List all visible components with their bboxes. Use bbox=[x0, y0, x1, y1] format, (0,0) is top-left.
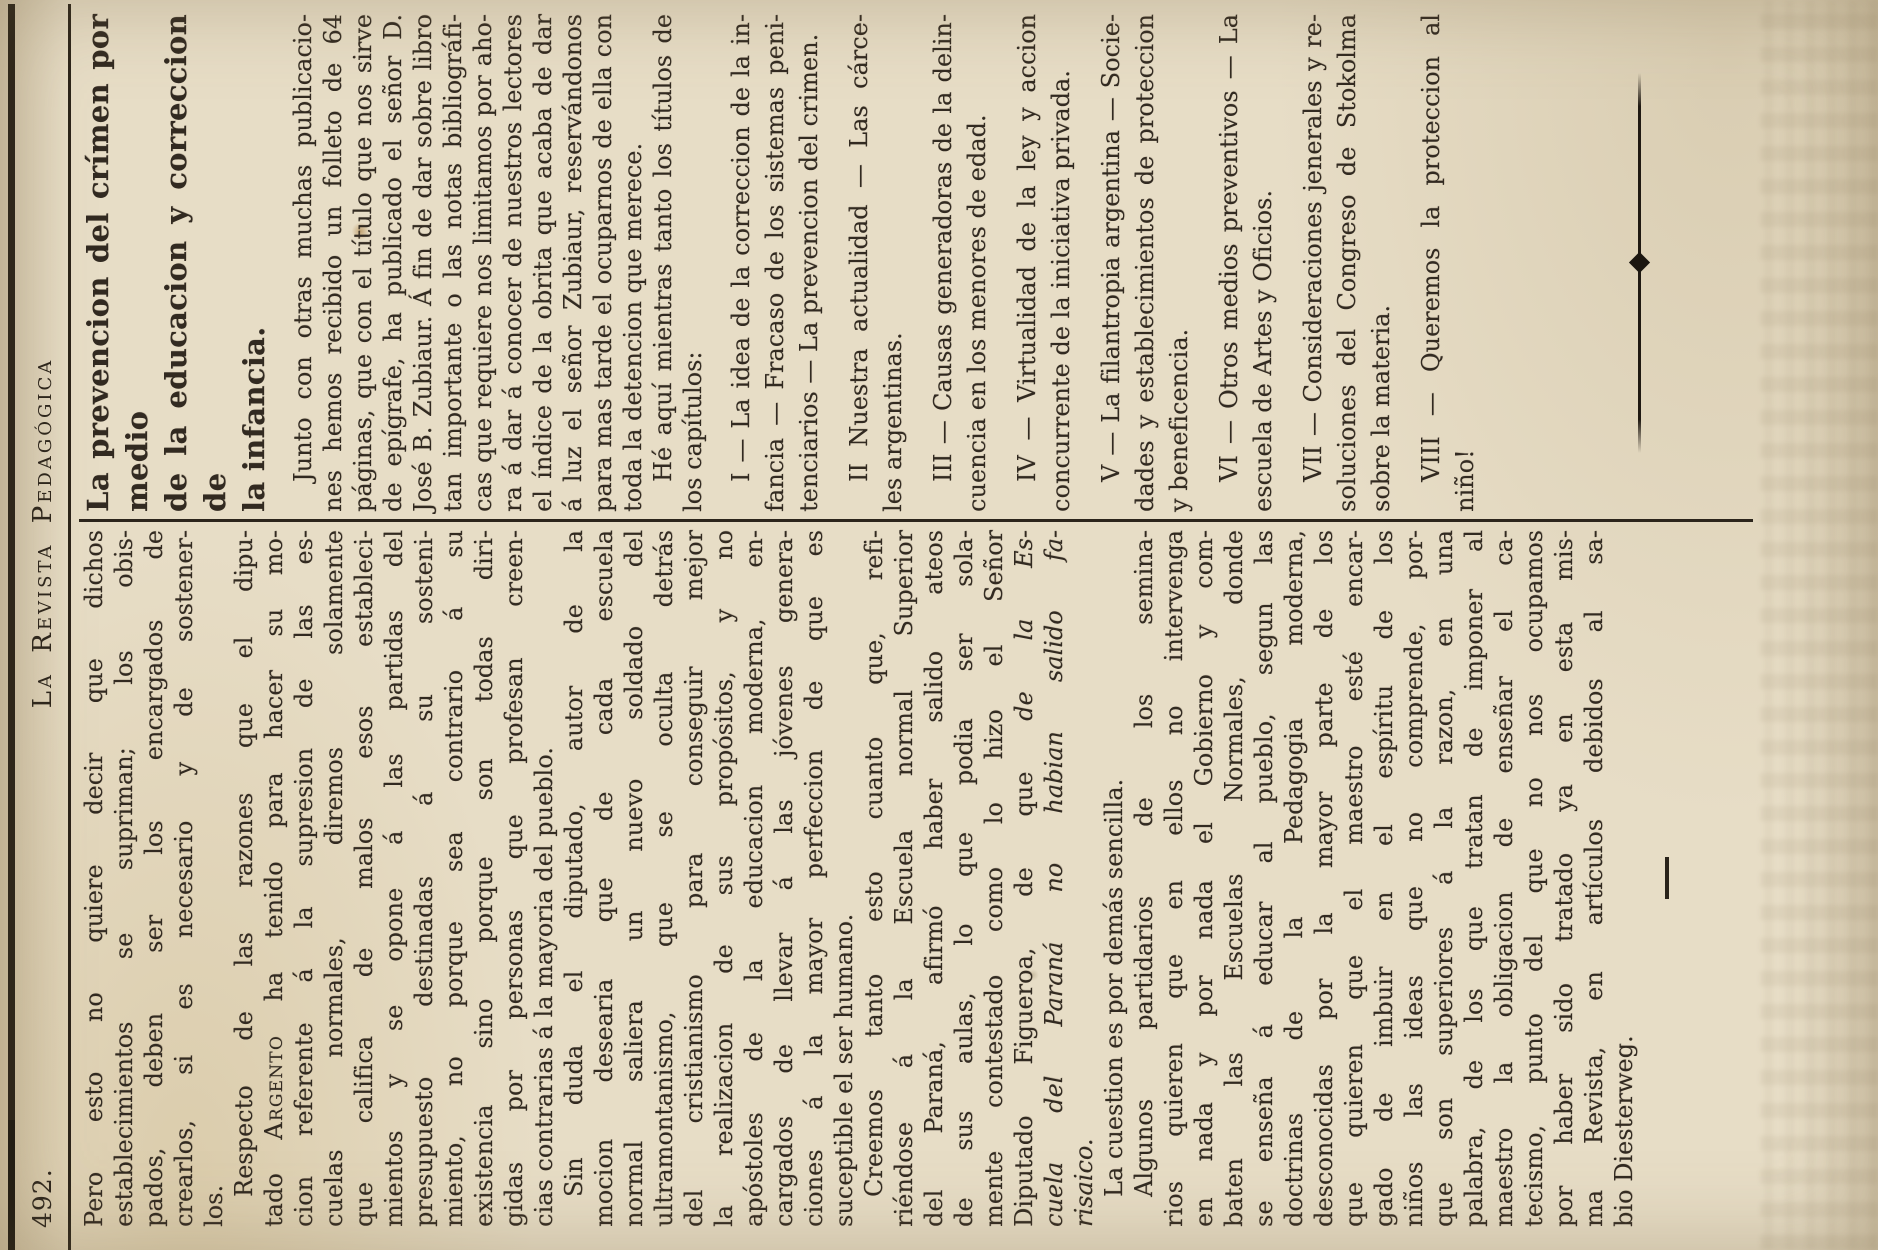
text-line: páginas, que con el título que nos sirve bbox=[348, 14, 378, 512]
text-line: dades y establecimientos de proteccion bbox=[1128, 14, 1162, 512]
chapter-item: VII — Consideraciones jenerales y re-sol… bbox=[1296, 14, 1398, 512]
chapter-item: VIII — Queremos la proteccion alniño! bbox=[1414, 14, 1482, 512]
text-line: la infancia. bbox=[235, 14, 274, 512]
text-line: en nada y por nada el Gobierno y com- bbox=[1189, 530, 1219, 1227]
chapter-item: I — La idea de la correccion de la in-fa… bbox=[724, 14, 826, 512]
text-line: cargados de llevar á las jóvenes genera- bbox=[769, 530, 799, 1227]
article-title: La prevencion del crímen por mediode la … bbox=[79, 14, 274, 512]
text-line: tan importante o las notas bibliográfi- bbox=[438, 14, 468, 512]
text-line: doctrinas de la Pedagogia moderna, bbox=[1279, 530, 1309, 1227]
text-line: presupuesto destinadas á su sosteni- bbox=[409, 530, 439, 1227]
chapter-item: V — La filantropia argentina — Socie-dad… bbox=[1094, 14, 1196, 512]
text-line: establecimientos se supriman; los obis- bbox=[109, 530, 139, 1227]
rule-line-left bbox=[1638, 268, 1641, 454]
italic-text: risaico. bbox=[1070, 1138, 1098, 1227]
text-line: cuela del Paraná no habian salido fa- bbox=[1039, 530, 1069, 1227]
text-line: VI — Otros medios preventivos — La bbox=[1212, 14, 1246, 512]
text-line: sobre la materia. bbox=[1364, 14, 1398, 512]
chapter-list: I — La idea de la correccion de la in-fa… bbox=[724, 14, 1482, 512]
text-line: se enseña á educar al pueblo, segun las bbox=[1249, 530, 1279, 1227]
text-line: concurrente de la iniciativa privada. bbox=[1044, 14, 1078, 512]
text-line: de la educacion y correccion de bbox=[157, 14, 235, 512]
text-line: que son superiores á la razon, en una bbox=[1429, 530, 1459, 1227]
text-line: cion referente á la supresion de las es- bbox=[289, 530, 319, 1227]
text-line: tenciarios — La prevencion del crimen. bbox=[792, 14, 826, 512]
scanned-page: 492. La Revista Pedagógica Pero esto no … bbox=[0, 0, 1878, 1250]
text-line: Sin duda el diputado, autor de la bbox=[559, 530, 589, 1227]
masthead: 492. La Revista Pedagógica bbox=[15, 0, 68, 1250]
text-line: normal saliera un nuevo soldado del bbox=[619, 530, 649, 1227]
text-line: II Nuestra actualidad — Las cárce- bbox=[842, 14, 876, 512]
text-line: bio Diesterweg. bbox=[1609, 530, 1639, 1227]
column-divider-rule bbox=[79, 519, 1753, 522]
text-line: cuencia en los menores de edad. bbox=[960, 14, 994, 512]
article-intro: Junto con otras muchas publicacio-nes he… bbox=[288, 14, 708, 512]
article-end-diamond-rule-ornament bbox=[1632, 73, 1647, 453]
text-line: La prevencion del crímen por medio bbox=[79, 14, 157, 512]
text-line: que califica de malos esos estableci- bbox=[349, 530, 379, 1227]
text-columns: Pero esto no quiere decir que dichosesta… bbox=[79, 0, 1789, 1250]
right-column: La prevencion del crímen por mediode la … bbox=[79, 14, 1789, 512]
text-line: Creemos tanto esto cuanto que, refi- bbox=[859, 530, 889, 1227]
diamond-icon bbox=[1629, 252, 1650, 273]
text-line: el índice de la obrita que acaba de dar bbox=[528, 14, 558, 512]
text-line: Hé aquí mientras tanto los títulos de bbox=[648, 14, 678, 512]
journal-title: La Revista Pedagógica bbox=[28, 0, 58, 1158]
text-line: los capítulos: bbox=[678, 14, 708, 512]
text-line: cias contrarias á la mayoria del pueblo. bbox=[529, 530, 559, 1227]
text-line: niño! bbox=[1448, 14, 1482, 512]
text-line: soluciones del Congreso de Stokolma bbox=[1330, 14, 1364, 512]
chapter-item: IV — Virtualidad de la ley y accionconcu… bbox=[1010, 14, 1078, 512]
text-line: escuela de Artes y Oficios. bbox=[1246, 14, 1280, 512]
text-line: desconocidas por la mayor parte de los bbox=[1309, 530, 1339, 1227]
text-line: crearlos, si es necesario y de sostener- bbox=[169, 530, 199, 1227]
rule-line-right bbox=[1638, 73, 1641, 259]
text-line: mente contestado como lo hizo el Señor bbox=[979, 530, 1009, 1227]
page-number: 492. bbox=[28, 1168, 57, 1228]
text-line: risaico. bbox=[1069, 530, 1099, 1227]
text-line: palabra, de los que tratan de imponer al bbox=[1459, 530, 1489, 1227]
text-line: tecismo, punto del que no nos ocupamos bbox=[1519, 530, 1549, 1227]
text-line: suceptible el ser humano. bbox=[829, 530, 859, 1227]
text-line: VII — Consideraciones jenerales y re- bbox=[1296, 14, 1330, 512]
italic-text: de la Es- bbox=[1010, 530, 1038, 721]
text-line: mocion desearia que de cada escuela bbox=[589, 530, 619, 1227]
small-caps-text: Argento bbox=[260, 1035, 288, 1140]
text-line: y beneficencia. bbox=[1162, 14, 1196, 512]
ink-bleed-through bbox=[1760, 0, 1878, 1250]
italic-text: cuela del Paraná no habian salido fa- bbox=[1040, 530, 1068, 1227]
text-line: ma Revista, en artículos debidos al sa- bbox=[1579, 530, 1609, 1227]
text-line: que quieren que el maestro esté encar- bbox=[1339, 530, 1369, 1227]
text-line: mientos y se opone á las partidas del bbox=[379, 530, 409, 1227]
text-line: I — La idea de la correccion de la in- bbox=[724, 14, 758, 512]
text-line: baten las Escuelas Normales, donde bbox=[1219, 530, 1249, 1227]
text-line: Diputado Figueroa, de que de la Es- bbox=[1009, 530, 1039, 1227]
text-line: IV — Virtualidad de la ley y accion bbox=[1010, 14, 1044, 512]
text-line: de sus aulas, lo que podia ser sola- bbox=[949, 530, 979, 1227]
text-line: cuelas normales, diremos solamente bbox=[319, 530, 349, 1227]
chapter-item: III — Causas generadoras de la delin-cue… bbox=[926, 14, 994, 512]
text-line: del cristianismo para conseguir mejor bbox=[679, 530, 709, 1227]
left-column: Pero esto no quiere decir que dichosesta… bbox=[79, 530, 1789, 1227]
text-line: para mas tarde el ocuparnos de ella con bbox=[588, 14, 618, 512]
text-line: José B. Zubiaur. Á fin de dar sobre libr… bbox=[408, 14, 438, 512]
text-line: les argentinas. bbox=[876, 14, 910, 512]
text-line: toda la detencion que merece. bbox=[618, 14, 648, 512]
scan-canvas: 492. La Revista Pedagógica Pero esto no … bbox=[0, 0, 1878, 1250]
text-line: gidas por personas que profesan creen- bbox=[499, 530, 529, 1227]
text-line: ra á dar á conocer de nuestros lectores bbox=[498, 14, 528, 512]
text-line: á luz el señor Zubiaur, reservándonos bbox=[558, 14, 588, 512]
text-line: Junto con otras muchas publicacio- bbox=[288, 14, 318, 512]
text-line: miento, no porque sea contrario á su bbox=[439, 530, 469, 1227]
text-line: existencia sino porque son todas diri- bbox=[469, 530, 499, 1227]
text-line: nes hemos recibido un folleto de 64 bbox=[318, 14, 348, 512]
text-line: de epígrafe, ha publicado el señor D. bbox=[378, 14, 408, 512]
text-line: rios quieren que en ellos no intervenga bbox=[1159, 530, 1189, 1227]
masthead-rule bbox=[68, 4, 71, 1250]
text-line: ultramontanismo, que se oculta detrás bbox=[649, 530, 679, 1227]
article-end-dash-ornament bbox=[1665, 858, 1669, 900]
text-line: maestro la obligacion de enseñar el ca- bbox=[1489, 530, 1519, 1227]
text-line: la realizacion de sus propósitos, y no bbox=[709, 530, 739, 1227]
text-line: los. bbox=[199, 530, 229, 1227]
chapter-item: VI — Otros medios preventivos — Laescuel… bbox=[1212, 14, 1280, 512]
text-line: Pero esto no quiere decir que dichos bbox=[79, 530, 109, 1227]
page-top-rule bbox=[8, 4, 15, 1250]
text-line: tado Argento ha tenido para hacer su mo- bbox=[259, 530, 289, 1227]
text-line: gado de imbuir en el espíritu de los bbox=[1369, 530, 1399, 1227]
text-line: Algunos partidarios de los semina- bbox=[1129, 530, 1159, 1227]
chapter-item: II Nuestra actualidad — Las cárce-les ar… bbox=[842, 14, 910, 512]
text-line: por haber sido tratado ya en esta mis- bbox=[1549, 530, 1579, 1227]
text-line: apóstoles de la educacion moderna, en- bbox=[739, 530, 769, 1227]
text-line: cas que requiere nos limitamos por aho- bbox=[468, 14, 498, 512]
text-line: pados, deben ser los encargados de bbox=[139, 530, 169, 1227]
text-line: riéndose á la Escuela normal Superior bbox=[889, 530, 919, 1227]
left-column-text: Pero esto no quiere decir que dichosesta… bbox=[79, 530, 1639, 1227]
text-line: Respecto de las razones que el dipu- bbox=[229, 530, 259, 1227]
text-line: III — Causas generadoras de la delin- bbox=[926, 14, 960, 512]
text-line: del Paraná, afirmó haber salido ateos bbox=[919, 530, 949, 1227]
text-line: fancia — Fracaso de los sistemas peni- bbox=[758, 14, 792, 512]
text-line: ciones á la mayor perfeccion de que es bbox=[799, 530, 829, 1227]
text-line: La cuestion es por demás sencilla. bbox=[1099, 530, 1129, 1227]
text-line: V — La filantropia argentina — Socie- bbox=[1094, 14, 1128, 512]
text-line: VIII — Queremos la proteccion al bbox=[1414, 14, 1448, 512]
text-line: niños las ideas que no comprende, por- bbox=[1399, 530, 1429, 1227]
